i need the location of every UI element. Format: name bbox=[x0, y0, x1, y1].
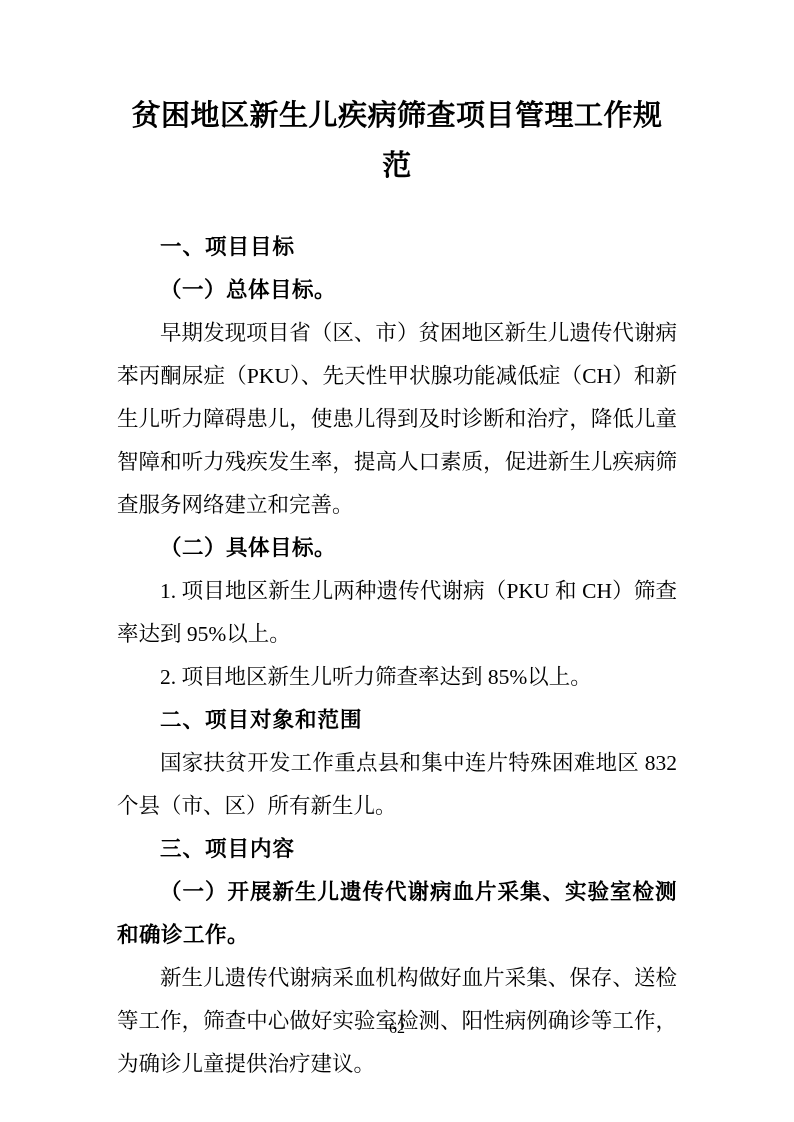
para-specific-objective-1: 1. 项目地区新生儿两种遗传代谢病（PKU 和 CH）筛查率达到 95%以上。 bbox=[117, 570, 677, 656]
page-number: 62 bbox=[0, 1018, 794, 1040]
subheading-specific-objectives: （二）具体目标。 bbox=[117, 527, 677, 570]
para-project-scope: 国家扶贫开发工作重点县和集中连片特殊困难地区 832 个县（市、区）所有新生儿。 bbox=[117, 742, 677, 828]
subheading-overall-objective: （一）总体目标。 bbox=[117, 269, 677, 312]
subheading-blood-collection-work: （一）开展新生儿遗传代谢病血片采集、实验室检测和确诊工作。 bbox=[117, 871, 677, 957]
heading-project-content: 三、项目内容 bbox=[117, 828, 677, 871]
heading-project-objectives: 一、项目目标 bbox=[117, 226, 677, 269]
document-title: 贫困地区新生儿疾病筛查项目管理工作规范 bbox=[117, 90, 677, 190]
heading-project-scope: 二、项目对象和范围 bbox=[117, 699, 677, 742]
para-overall-objective: 早期发现项目省（区、市）贫困地区新生儿遗传代谢病苯丙酮尿症（PKU）、先天性甲状… bbox=[117, 312, 677, 527]
para-specific-objective-2: 2. 项目地区新生儿听力筛查率达到 85%以上。 bbox=[117, 656, 677, 699]
document-page: 贫困地区新生儿疾病筛查项目管理工作规范 一、项目目标 （一）总体目标。 早期发现… bbox=[0, 0, 794, 1122]
